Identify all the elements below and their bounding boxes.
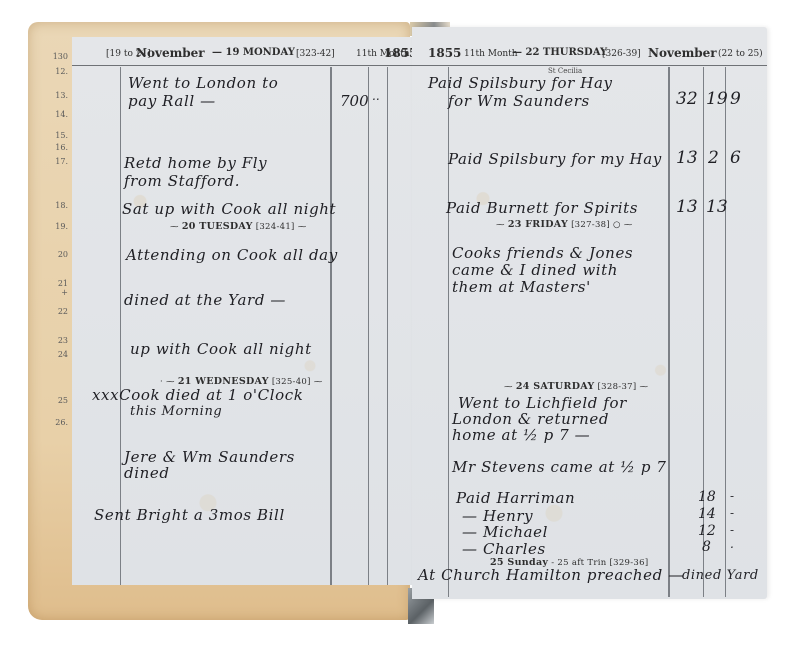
wage-amount: 8 — [702, 539, 711, 555]
entry-text: Mr Stevens came at ½ p 7 — [452, 459, 667, 476]
margin-number: 130 — [38, 52, 68, 61]
right-day-heading: — 22 THURSDAY — [512, 47, 607, 58]
entry-amount: 700 — [340, 92, 369, 110]
margin-number: 22 — [38, 307, 68, 316]
margin-number: 26. — [38, 418, 68, 427]
day-header-friday: ⁓ 23 FRIDAY [327-38] ○ ⁓ — [496, 219, 633, 230]
day-header-saturday: ⁓ 24 SATURDAY [328-37] ⁓ — [504, 381, 648, 392]
wage-dash: - — [730, 506, 734, 520]
entry-text: Retd home by Fly — [124, 155, 267, 172]
margin-number: 18. — [38, 201, 68, 210]
left-shillings-rule — [368, 67, 369, 585]
margin-number: + — [38, 288, 68, 297]
entry-text: Paid Harriman — [456, 490, 575, 507]
day-header-tuesday: ⁓ 20 TUESDAY [324-41] ⁓ — [170, 221, 307, 232]
entry-amount-pounds: 13 — [676, 197, 698, 217]
margin-number: 17. — [38, 157, 68, 166]
entry-amount-shillings: .. — [372, 89, 380, 103]
wage-dash: - — [730, 523, 734, 537]
entry-amount-pence: 9 — [730, 89, 741, 109]
entry-text: — Charles — [462, 541, 546, 558]
entry-text: dined Yard — [682, 567, 759, 584]
entry-text: up with Cook all night — [130, 341, 312, 358]
left-pence-rule — [387, 67, 388, 585]
right-month: November — [648, 46, 717, 60]
left-pounds-rule — [330, 67, 332, 585]
entry-text: Paid Spilsbury for my Hay — [448, 151, 662, 168]
left-day-heading: — 19 MONDAY — [212, 47, 295, 58]
wage-dash: . — [730, 537, 734, 551]
wage-dash: - — [730, 489, 734, 503]
entry-text: from Stafford. — [124, 173, 240, 190]
margin-number: 20 — [38, 250, 68, 259]
entry-text: Attending on Cook all day — [126, 247, 338, 264]
wage-amount: 18 — [698, 489, 716, 505]
entry-text: At Church Hamilton preached — — [418, 567, 684, 584]
right-margin-rule — [448, 67, 449, 597]
margin-number: 16. — [38, 143, 68, 152]
entry-text: came & I dined with — [452, 262, 618, 279]
margin-number: 21 — [38, 279, 68, 288]
left-page-header: [19 to 21] November — 19 MONDAY [323-42]… — [72, 45, 412, 66]
entry-text: xxxCook died at 1 o'Clock — [92, 387, 303, 404]
entry-text: pay Rall — — [128, 93, 216, 110]
margin-number: 25 — [38, 396, 68, 405]
entry-text: — Michael — [462, 524, 548, 541]
right-pounds-rule — [668, 67, 670, 597]
entry-text: Went to London to — [128, 75, 278, 92]
entry-amount-pence: 6 — [730, 148, 741, 168]
entry-text: dined at the Yard — — [124, 292, 286, 309]
left-page: [19 to 21] November — 19 MONDAY [323-42]… — [72, 37, 412, 585]
margin-number: 13. — [38, 91, 68, 100]
margin-number: 24 — [38, 350, 68, 359]
right-page-header: 1855 11th Month — 22 THURSDAY [326-39] N… — [412, 45, 767, 66]
right-day-count: [326-39] — [602, 49, 641, 59]
entry-amount-shillings: 19 — [706, 89, 728, 109]
entry-text: home at ½ p 7 — — [452, 427, 590, 444]
entry-text: Cooks friends & Jones — [452, 245, 633, 262]
entry-text: for Wm Saunders — [448, 93, 590, 110]
entry-amount-pounds: 32 — [676, 89, 698, 109]
right-pence-rule — [725, 67, 726, 597]
right-page: 1855 11th Month — 22 THURSDAY [326-39] N… — [412, 27, 767, 599]
entry-amount-shillings: 2 — [708, 148, 719, 168]
margin-number: 14. — [38, 110, 68, 119]
entry-text: dined — [124, 465, 170, 482]
margin-number: 23 — [38, 336, 68, 345]
left-month: November — [136, 46, 205, 60]
right-month-number: 11th Month — [464, 49, 518, 59]
entry-text: Paid Burnett for Spirits — [446, 200, 638, 217]
right-year: 1855 — [428, 46, 461, 60]
entry-text: them at Masters' — [452, 279, 591, 296]
margin-number: 12. — [38, 67, 68, 76]
entry-text: this Morning — [130, 403, 222, 420]
right-date-range: (22 to 25) — [718, 49, 763, 59]
left-day-count: [323-42] — [296, 49, 335, 59]
margin-number: 19. — [38, 222, 68, 231]
entry-text: Sent Bright a 3mos Bill — [94, 507, 285, 524]
entry-amount-pounds: 13 — [676, 148, 698, 168]
margin-number: 15. — [38, 131, 68, 140]
wage-amount: 14 — [698, 506, 716, 522]
entry-text: Paid Spilsbury for Hay — [428, 75, 613, 92]
entry-text: Sat up with Cook all night — [122, 201, 336, 218]
wage-amount: 12 — [698, 523, 716, 539]
entry-amount-shillings: 13 — [706, 197, 728, 217]
